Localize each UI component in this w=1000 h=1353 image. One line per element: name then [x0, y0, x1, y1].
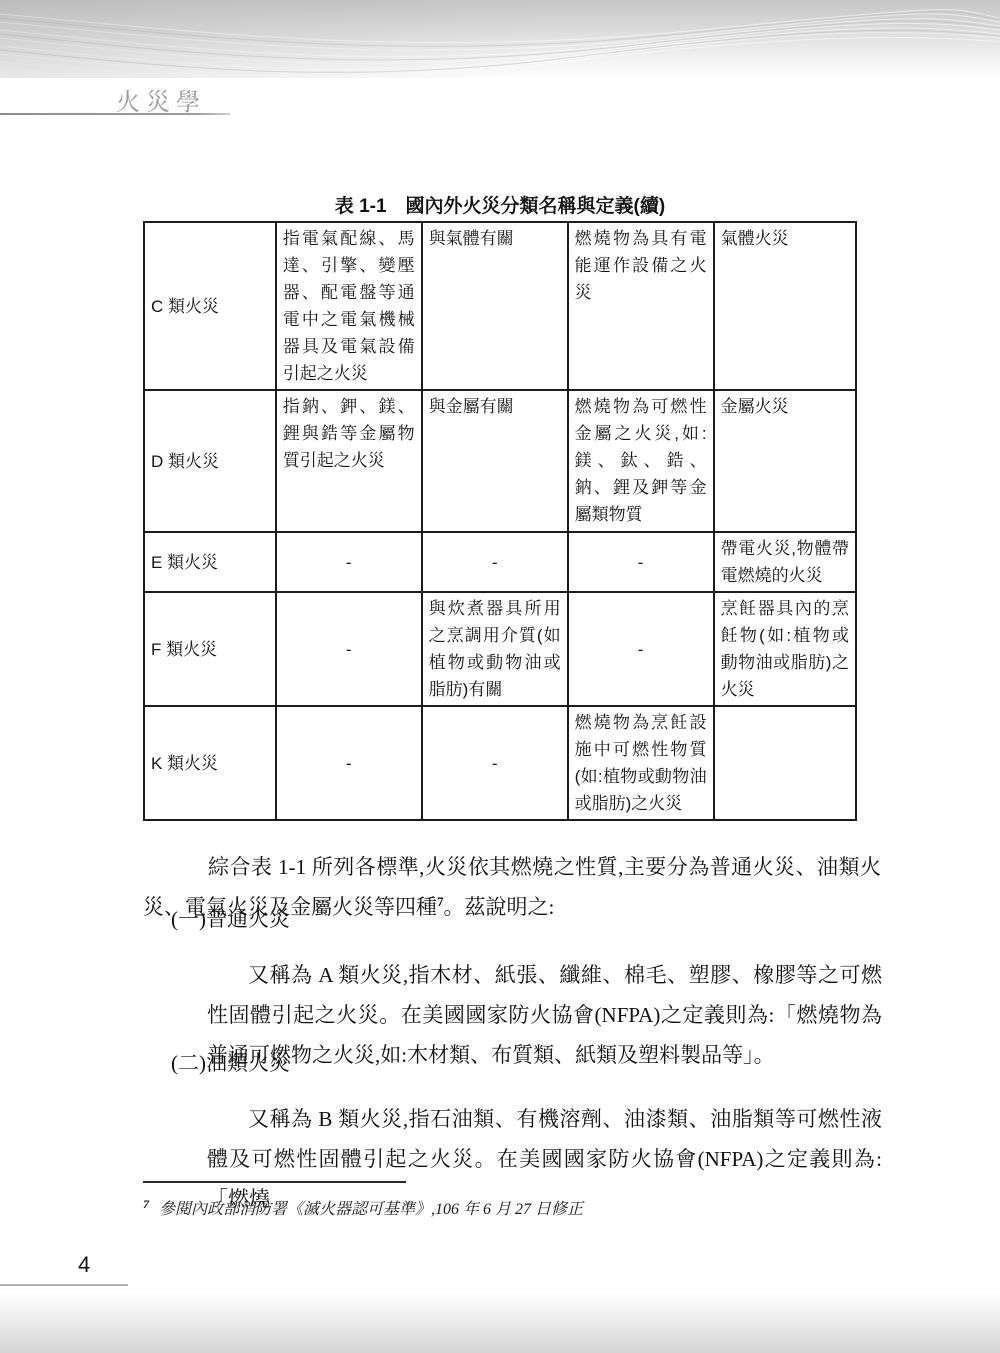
relation-cell: 與金屬有關 — [422, 390, 568, 532]
footer-underline — [0, 1284, 128, 1286]
name-cell: 金屬火災 — [714, 390, 856, 532]
fire-classification-table: C 類火災 指電氣配線、馬達、引擎、變壓器、配電盤等通電中之電氣機械器具及電氣設… — [143, 221, 857, 821]
class-label-cell: C 類火災 — [144, 222, 276, 390]
class-label-cell: F 類火災 — [144, 592, 276, 706]
definition-cell: - — [276, 532, 422, 592]
nfpa-definition-cell: 燃燒物為可燃性金屬之火災,如:鎂、鈦、鋯、鈉、鋰及鉀等金屬類物質 — [568, 390, 714, 532]
footnote-text: 參閱內政部消防署《滅火器認可基準》,106 年 6 月 27 日修正 — [159, 1201, 583, 1218]
definition-cell: 指電氣配線、馬達、引擎、變壓器、配電盤等通電中之電氣機械器具及電氣設備引起之火災 — [276, 222, 422, 390]
footnote-separator — [143, 1181, 406, 1183]
page-number: 4 — [78, 1252, 90, 1278]
name-cell: 帶電火災,物體帶電燃燒的火災 — [714, 532, 856, 592]
nfpa-definition-cell: 燃燒物為具有電能運作設備之火災 — [568, 222, 714, 390]
nfpa-definition-cell: - — [568, 532, 714, 592]
section-heading-ordinary-fire: (一)普通火災 — [143, 902, 290, 936]
class-label-cell: K 類火災 — [144, 706, 276, 820]
class-label-cell: E 類火災 — [144, 532, 276, 592]
footnote: 7參閱內政部消防署《滅火器認可基準》,106 年 6 月 27 日修正 — [143, 1198, 843, 1222]
table-caption: 表 1-1 國內外火災分類名稱與定義(續) — [143, 191, 857, 218]
definition-cell: 指鈉、鉀、鎂、鋰與鋯等金屬物質引起之火災 — [276, 390, 422, 532]
section-heading-oil-fire: (二)油類火災 — [143, 1046, 290, 1080]
name-cell: 烹飪器具內的烹飪物(如:植物或動物油或脂肪)之火災 — [714, 592, 856, 706]
relation-cell: 與炊煮器具所用之烹調用介質(如植物或動物油或脂肪)有關 — [422, 592, 568, 706]
name-cell — [714, 706, 856, 820]
table-row-class-k: K 類火災 - - 燃燒物為烹飪設施中可燃性物質(如:植物或動物油或脂肪)之火災 — [144, 706, 856, 820]
header-underline — [0, 113, 230, 115]
table-row-class-f: F 類火災 - 與炊煮器具所用之烹調用介質(如植物或動物油或脂肪)有關 - 烹飪… — [144, 592, 856, 706]
nfpa-definition-cell: - — [568, 592, 714, 706]
section-paragraph-ordinary-fire: 又稱為 A 類火災,指木材、紙張、纖維、棉毛、塑膠、橡膠等之可燃性固體引起之火災… — [207, 955, 882, 1075]
chapter-header-title: 火災學 — [116, 82, 206, 117]
table-row-class-c: C 類火災 指電氣配線、馬達、引擎、變壓器、配電盤等通電中之電氣機械器具及電氣設… — [144, 222, 856, 390]
relation-cell: 與氣體有關 — [422, 222, 568, 390]
intro-tail: 。茲說明之: — [444, 895, 555, 919]
book-page: 火災學 表 1-1 國內外火災分類名稱與定義(續) C 類火災 指電氣配線、馬達… — [0, 0, 1000, 1353]
relation-cell: - — [422, 532, 568, 592]
definition-cell: - — [276, 592, 422, 706]
wave-pattern — [0, 0, 1000, 78]
name-cell: 氣體火災 — [714, 222, 856, 390]
nfpa-definition-cell: 燃燒物為烹飪設施中可燃性物質(如:植物或動物油或脂肪)之火災 — [568, 706, 714, 820]
table-row-class-e: E 類火災 - - - 帶電火災,物體帶電燃燒的火災 — [144, 532, 856, 592]
bottom-decoration-band — [0, 1293, 1000, 1353]
relation-cell: - — [422, 706, 568, 820]
table-row-class-d: D 類火災 指鈉、鉀、鎂、鋰與鋯等金屬物質引起之火災 與金屬有關 燃燒物為可燃性… — [144, 390, 856, 532]
class-label-cell: D 類火災 — [144, 390, 276, 532]
top-decoration-band — [0, 0, 1000, 78]
definition-cell: - — [276, 706, 422, 820]
footnote-number: 7 — [143, 1197, 149, 1211]
